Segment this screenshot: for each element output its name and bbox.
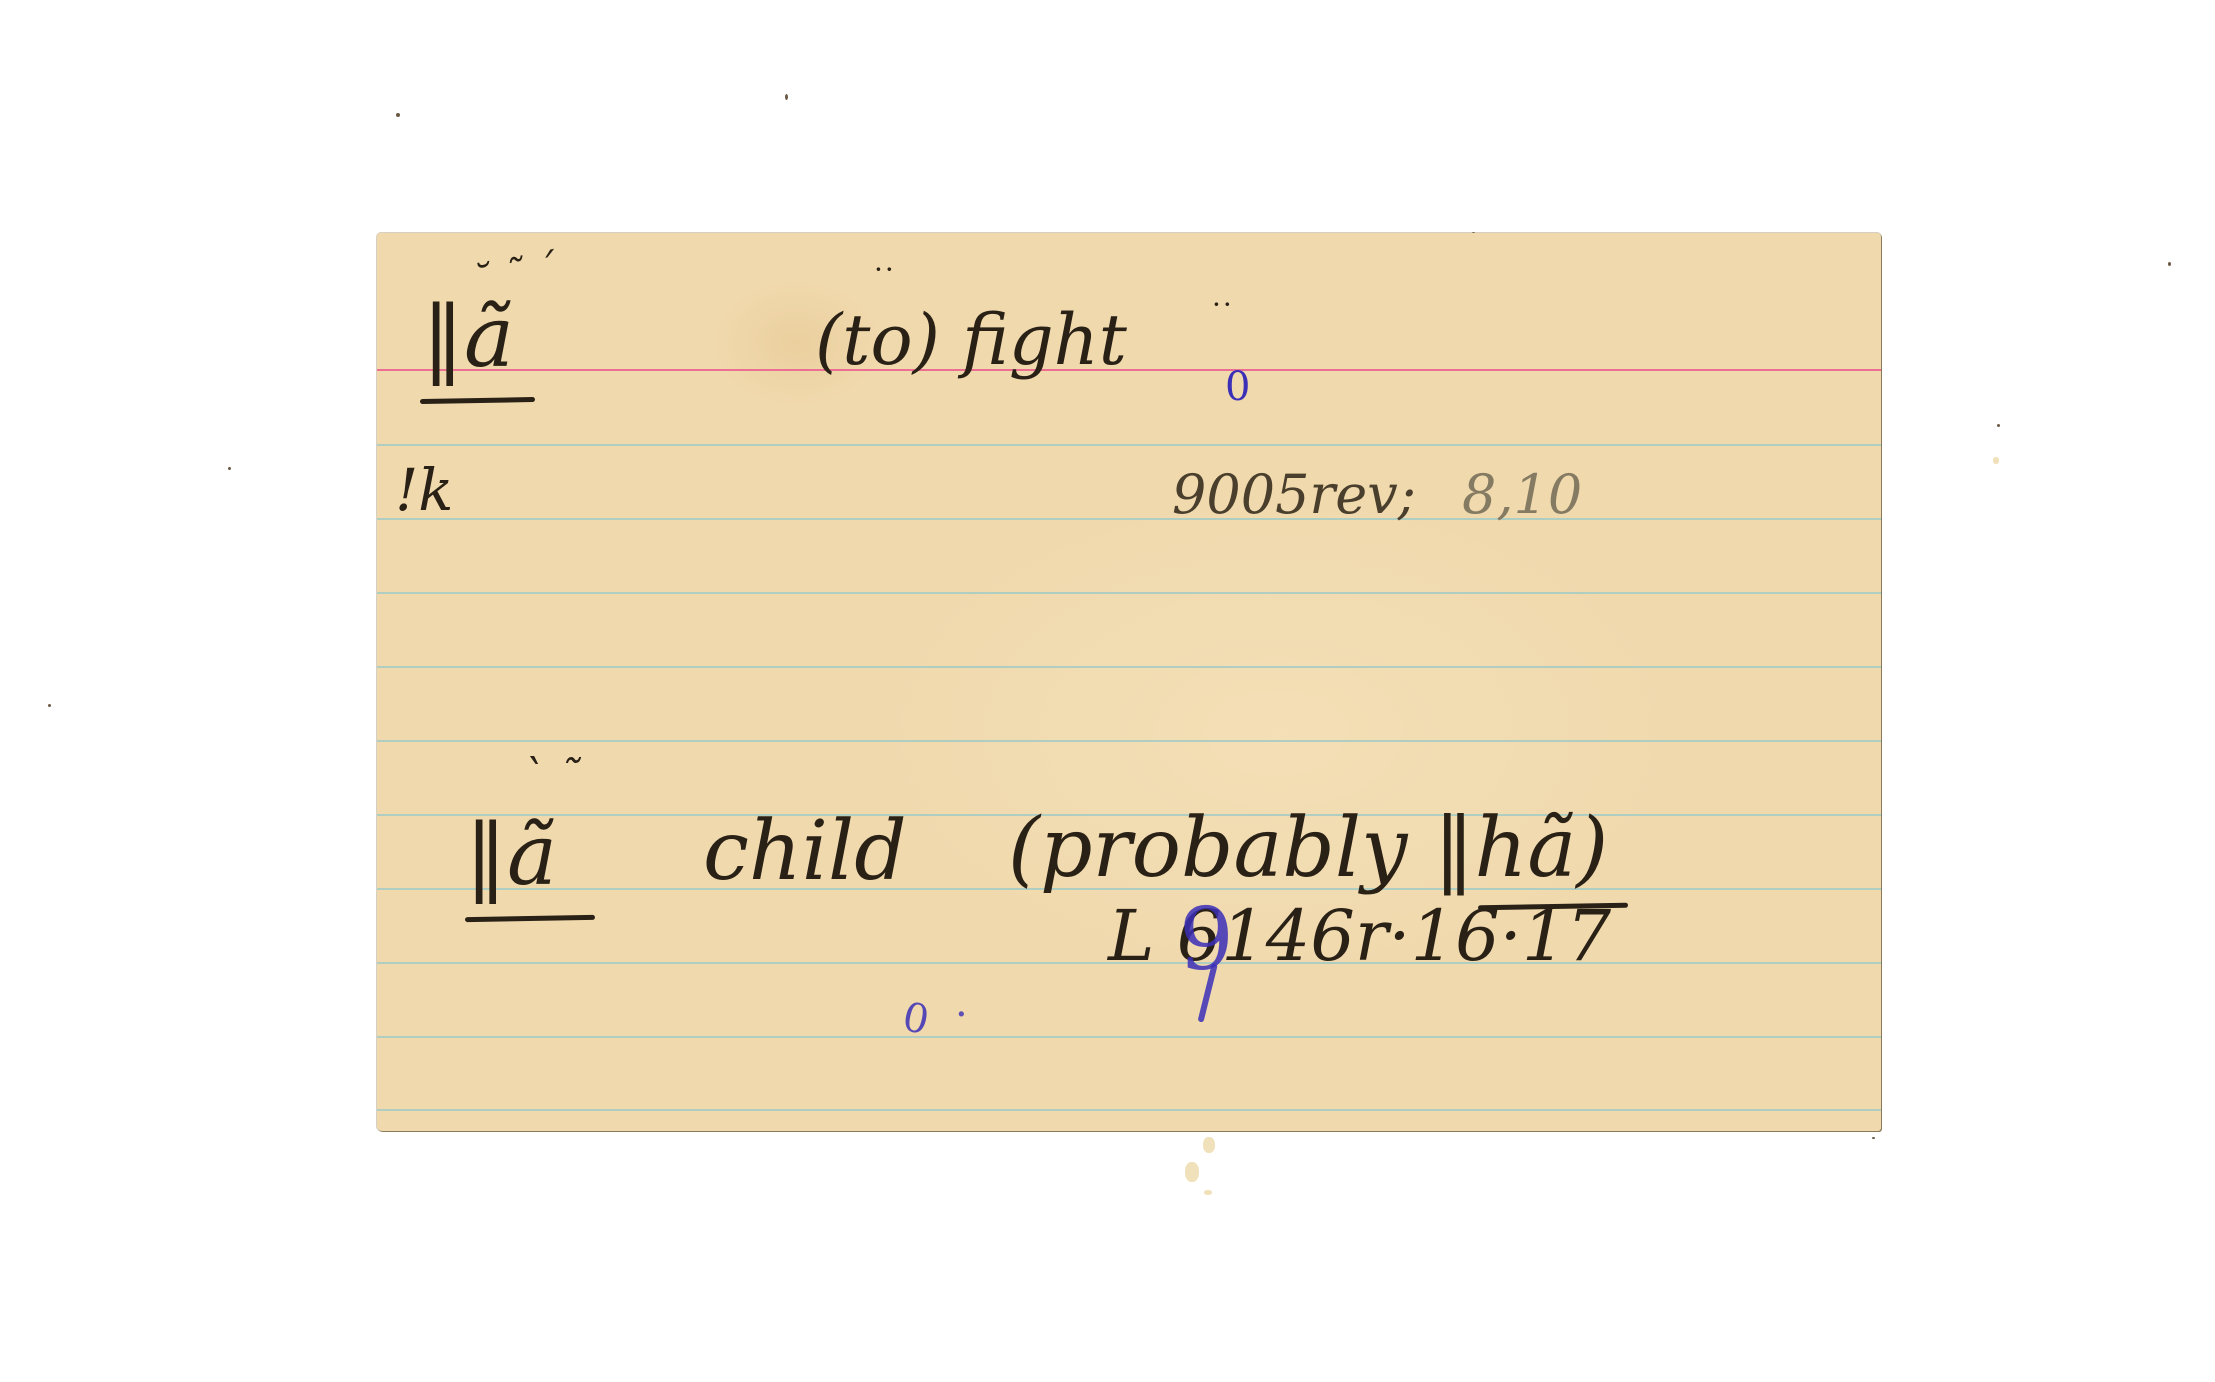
blue-mark-zero: 0 — [899, 997, 932, 1041]
blue-rule — [377, 592, 1881, 594]
blue-rule — [377, 518, 1881, 520]
diaeresis-mark: ·· — [874, 256, 896, 284]
gloss-2-note: (probably ‖hã) — [1008, 808, 1608, 890]
dust-speck — [785, 94, 788, 100]
blue-rule — [377, 740, 1881, 742]
headword-1-underline — [420, 397, 535, 404]
headword-2-diacritics: ` ˜ — [522, 755, 580, 799]
paper-stain — [1185, 1162, 1199, 1182]
dust-speck — [396, 113, 400, 117]
blue-rule — [377, 1109, 1881, 1111]
red-margin-rule — [377, 369, 1881, 371]
gloss-2: child — [703, 811, 907, 893]
dust-speck — [1997, 424, 2000, 427]
paper-stain — [1204, 1190, 1212, 1195]
dust-speck — [1872, 1137, 1875, 1139]
paper-stain — [1993, 457, 1999, 464]
blue-rule — [377, 666, 1881, 668]
index-card: ˘ ˜ ´ ‖ã ·· (to) fight ·· 0 !k 9005rev; … — [377, 233, 1881, 1131]
dust-speck — [48, 704, 51, 707]
blue-rule — [377, 444, 1881, 446]
blue-overwrite-nine: 9 — [1179, 897, 1234, 983]
reference-1-source: 9005rev; — [1172, 468, 1416, 522]
blue-mark-zero: 0 — [1225, 367, 1250, 407]
headword-1: ‖ã — [422, 295, 514, 379]
gloss-1: (to) fight — [815, 305, 1127, 375]
headword-2: ‖ã — [465, 813, 557, 897]
reference-1-pages: 8,10 — [1462, 468, 1582, 522]
headword-2-underline — [465, 915, 595, 922]
dust-speck — [2168, 262, 2171, 266]
click-annotation: !k — [395, 461, 453, 519]
diaeresis-mark: ·· — [1212, 291, 1234, 319]
blue-rule — [377, 1036, 1881, 1038]
dust-speck — [228, 467, 231, 470]
blue-dot: · — [955, 995, 968, 1035]
paper-stain — [1203, 1137, 1215, 1153]
